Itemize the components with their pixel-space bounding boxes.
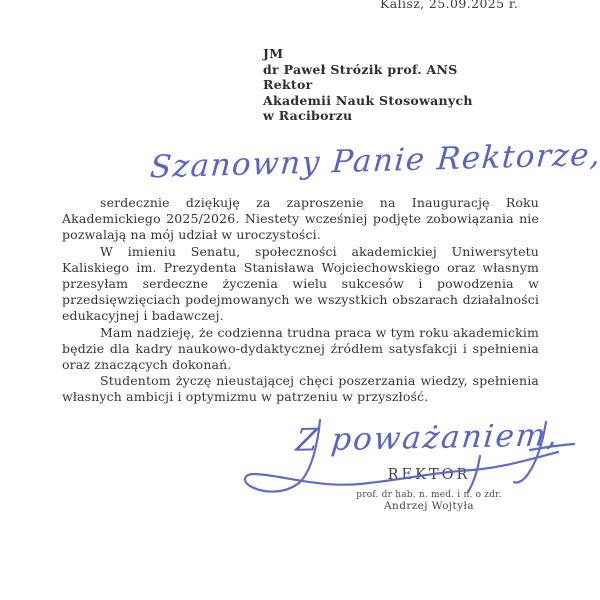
signature-name: Andrzej Wojtyła bbox=[340, 500, 518, 512]
handwritten-closing: Z poważaniem, bbox=[294, 417, 561, 459]
recipient-line: dr Paweł Strózik prof. ANS bbox=[263, 62, 473, 78]
scanned-letter-page: Kalisz, 25.09.2025 r. JM dr Paweł Strózi… bbox=[0, 0, 600, 600]
letter-body: serdecznie dziękuję za zaproszenie na In… bbox=[62, 195, 539, 406]
signature-block: REKTOR prof. dr hab. n. med. i n. o zdr.… bbox=[340, 467, 518, 512]
recipient-block: JM dr Paweł Strózik prof. ANS Rektor Aka… bbox=[263, 46, 473, 124]
handwritten-salutation: Szanowny Panie Rektorze, bbox=[149, 137, 600, 186]
signature-title: REKTOR bbox=[340, 467, 518, 483]
body-paragraph: W imieniu Senatu, społeczności akademick… bbox=[62, 244, 539, 325]
recipient-line: Rektor bbox=[263, 77, 473, 93]
body-paragraph: serdecznie dziękuję za zaproszenie na In… bbox=[62, 195, 539, 244]
dateline: Kalisz, 25.09.2025 r. bbox=[380, 0, 518, 11]
recipient-line: Akademii Nauk Stosowanych bbox=[263, 93, 473, 109]
body-paragraph: Studentom życzę nieustającej chęci posze… bbox=[62, 373, 539, 405]
signature-credentials: prof. dr hab. n. med. i n. o zdr. bbox=[340, 490, 518, 500]
body-paragraph: Mam nadzieję, że codzienna trudna praca … bbox=[62, 325, 539, 374]
recipient-line: JM bbox=[263, 46, 473, 62]
recipient-line: w Raciborzu bbox=[263, 108, 473, 124]
